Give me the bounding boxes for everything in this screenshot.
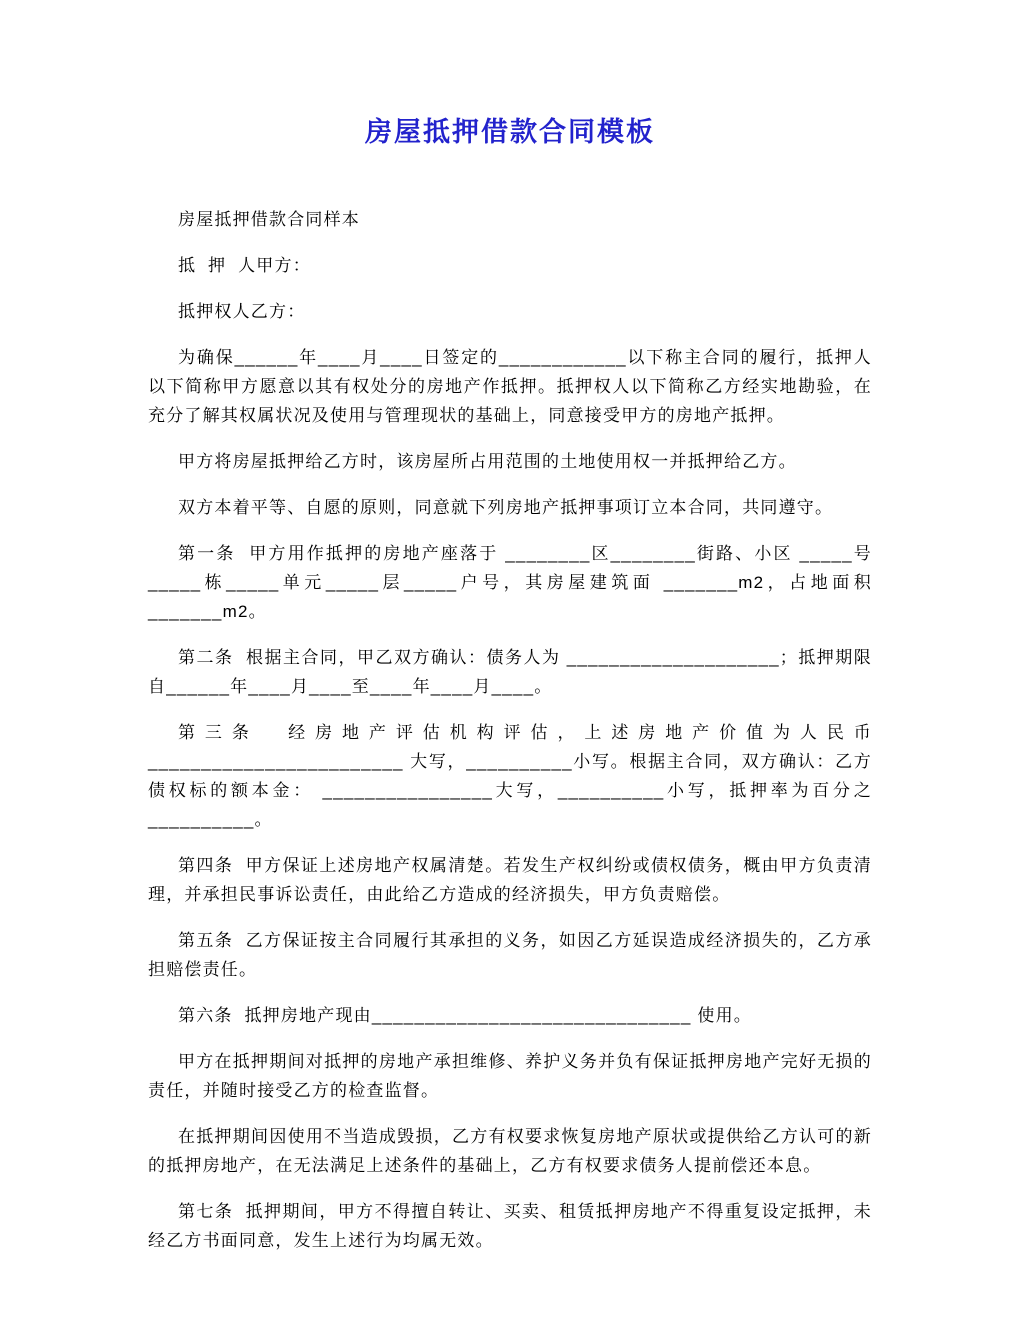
paragraph-mortgagor-party-a: 抵 押 人甲方： xyxy=(148,251,872,280)
paragraph-article-7: 第七条 抵押期间，甲方不得擅自转让、买卖、租赁抵押房地产不得重复设定抵押，未经乙… xyxy=(148,1197,872,1255)
paragraph-principles: 双方本着平等、自愿的原则，同意就下列房地产抵押事项订立本合同，共同遵守。 xyxy=(148,493,872,522)
paragraph-article-5: 第五条 乙方保证按主合同履行其承担的义务，如因乙方延误造成经济损失的，乙方承担赔… xyxy=(148,926,872,984)
paragraph-article-4: 第四条 甲方保证上述房地产权属清楚。若发生产权纠纷或债权债务，概由甲方负责清理，… xyxy=(148,851,872,909)
paragraph-land-use-right: 甲方将房屋抵押给乙方时，该房屋所占用范围的土地使用权一并抵押给乙方。 xyxy=(148,447,872,476)
paragraph-article-6: 第六条 抵押房地产现由_____________________________… xyxy=(148,1001,872,1030)
paragraph-preamble: 为确保______年____月____日签定的____________以下称主合… xyxy=(148,343,872,430)
paragraph-maintenance-duty: 甲方在抵押期间对抵押的房地产承担维修、养护义务并负有保证抵押房地产完好无损的责任… xyxy=(148,1047,872,1105)
document-title: 房屋抵押借款合同模板 xyxy=(148,110,872,149)
paragraph-sample-subtitle: 房屋抵押借款合同样本 xyxy=(148,205,872,234)
paragraph-mortgagee-party-b: 抵押权人乙方： xyxy=(148,297,872,326)
paragraph-damage-restoration: 在抵押期间因使用不当造成毁损，乙方有权要求恢复房地产原状或提供给乙方认可的新的抵… xyxy=(148,1122,872,1180)
paragraph-article-2: 第二条 根据主合同，甲乙双方确认：债务人为 __________________… xyxy=(148,643,872,701)
paragraph-article-3: 第三条 经房地产评估机构评估，上述房地产价值为人民币______________… xyxy=(148,718,872,834)
contract-document-page: 房屋抵押借款合同模板 房屋抵押借款合同样本 抵 押 人甲方： 抵押权人乙方： 为… xyxy=(0,0,1020,1320)
paragraph-article-1: 第一条 甲方用作抵押的房地产座落于 ________区________街路、小区… xyxy=(148,539,872,626)
